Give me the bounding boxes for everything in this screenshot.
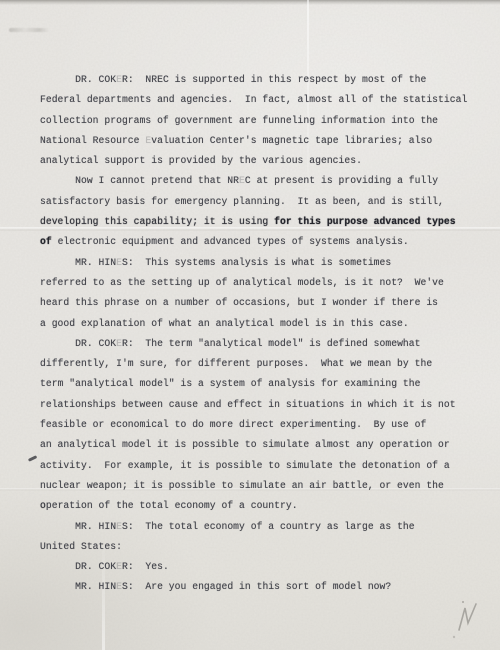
text-segment: E [145,135,151,146]
text-line: heard this phrase on a number of occasio… [40,293,485,313]
text-segment: nuclear weapon; it is possible to simula… [40,480,444,491]
text-segment: of [40,236,52,247]
text-line: differently, I'm sure, for different pur… [40,354,485,374]
text-segment: MR. HIN [40,581,116,592]
text-line: DR. COKER: Yes. [40,557,485,577]
text-line: activity. For example, it is possible to… [40,456,485,476]
text-line: DR. COKER: The term "analytical model" i… [40,334,485,354]
text-segment: heard this phrase on a number of occasio… [40,297,438,308]
text-segment: MR. HIN [40,521,116,532]
text-segment: E [116,338,122,349]
text-segment: E [116,257,122,268]
text-segment: for this purpose advanced types [274,216,455,227]
text-segment: DR. COK [40,74,116,85]
text-segment: analytical support is provided by the va… [40,155,362,166]
text-line: relationships between cause and effect i… [40,395,485,415]
text-segment: developing this capability; it is using [40,216,274,227]
text-segment: electronic equipment and advanced types … [52,236,409,247]
text-segment: valuation Center's magnetic tape librari… [151,135,432,146]
text-line: MR. HINES: The total economy of a countr… [40,517,485,537]
scanned-typescript-page: DR. COKER: NREC is supported in this res… [0,0,500,650]
text-segment: DR. COK [40,561,116,572]
text-segment: C at present is providing a fully [245,175,438,186]
text-line: Now I cannot pretend that NREC at presen… [40,171,485,191]
text-segment: R: NREC is supported in this respect by … [122,74,426,85]
text-segment: E [116,581,122,592]
text-line: Federal departments and agencies. In fac… [40,90,485,110]
text-line: feasible or economical to do more direct… [40,415,485,435]
smudge-mark [9,28,49,32]
text-segment: National Resource [40,135,145,146]
text-segment: activity. For example, it is possible to… [40,460,450,471]
text-line: a good explanation of what an analytical… [40,314,485,334]
text-segment: Federal departments and agencies. In fac… [40,94,467,105]
text-segment: S: The total economy of a country as lar… [122,521,415,532]
text-segment: MR. HIN [40,257,116,268]
text-line: of electronic equipment and advanced typ… [40,232,485,252]
text-segment: satisfactory basis for emergency plannin… [40,196,444,207]
text-line: operation of the total economy of a coun… [40,496,485,516]
text-segment: collection programs of government are fu… [40,115,438,126]
text-segment: feasible or economical to do more direct… [40,419,426,430]
text-segment: a good explanation of what an analytical… [40,318,409,329]
text-segment: differently, I'm sure, for different pur… [40,358,432,369]
text-line: National Resource Evaluation Center's ma… [40,131,485,151]
text-line: collection programs of government are fu… [40,111,485,131]
text-segment: E [116,74,122,85]
text-line: DR. COKER: NREC is supported in this res… [40,70,485,90]
text-segment: peration of the total economy of a count… [46,500,298,511]
text-segment: United States: [40,541,122,552]
typescript-text: DR. COKER: NREC is supported in this res… [40,70,485,598]
pencil-scribble-mark [450,596,484,642]
text-segment: an analytical model it is possible to si… [40,439,450,450]
text-segment: E [116,521,122,532]
text-segment: R: The term "analytical model" is define… [122,338,421,349]
text-line: nuclear weapon; it is possible to simula… [40,476,485,496]
text-segment: R: Yes. [122,561,169,572]
text-segment: E [116,561,122,572]
text-segment: referred to as the setting up of analyti… [40,277,444,288]
text-segment: S: This systems analysis is what is some… [122,257,391,268]
text-line: satisfactory basis for emergency plannin… [40,192,485,212]
text-line: term "analytical model" is a system of a… [40,374,485,394]
pencil-dash-mark [28,455,37,461]
text-segment: Now I cannot pretend that NR [40,175,239,186]
text-line: an analytical model it is possible to si… [40,435,485,455]
text-segment: S: Are you engaged in this sort of model… [122,581,391,592]
text-segment: DR. COK [40,338,116,349]
text-line: MR. HINES: This systems analysis is what… [40,253,485,273]
text-line: analytical support is provided by the va… [40,151,485,171]
text-segment: term "analytical model" is a system of a… [40,378,420,389]
text-line: referred to as the setting up of analyti… [40,273,485,293]
scan-top-edge-shadow [0,0,500,5]
text-segment: relationships between cause and effect i… [40,399,456,410]
text-line: MR. HINES: Are you engaged in this sort … [40,577,485,597]
text-line: developing this capability; it is using … [40,212,485,232]
text-segment: E [239,175,245,186]
text-line: United States: [40,537,485,557]
